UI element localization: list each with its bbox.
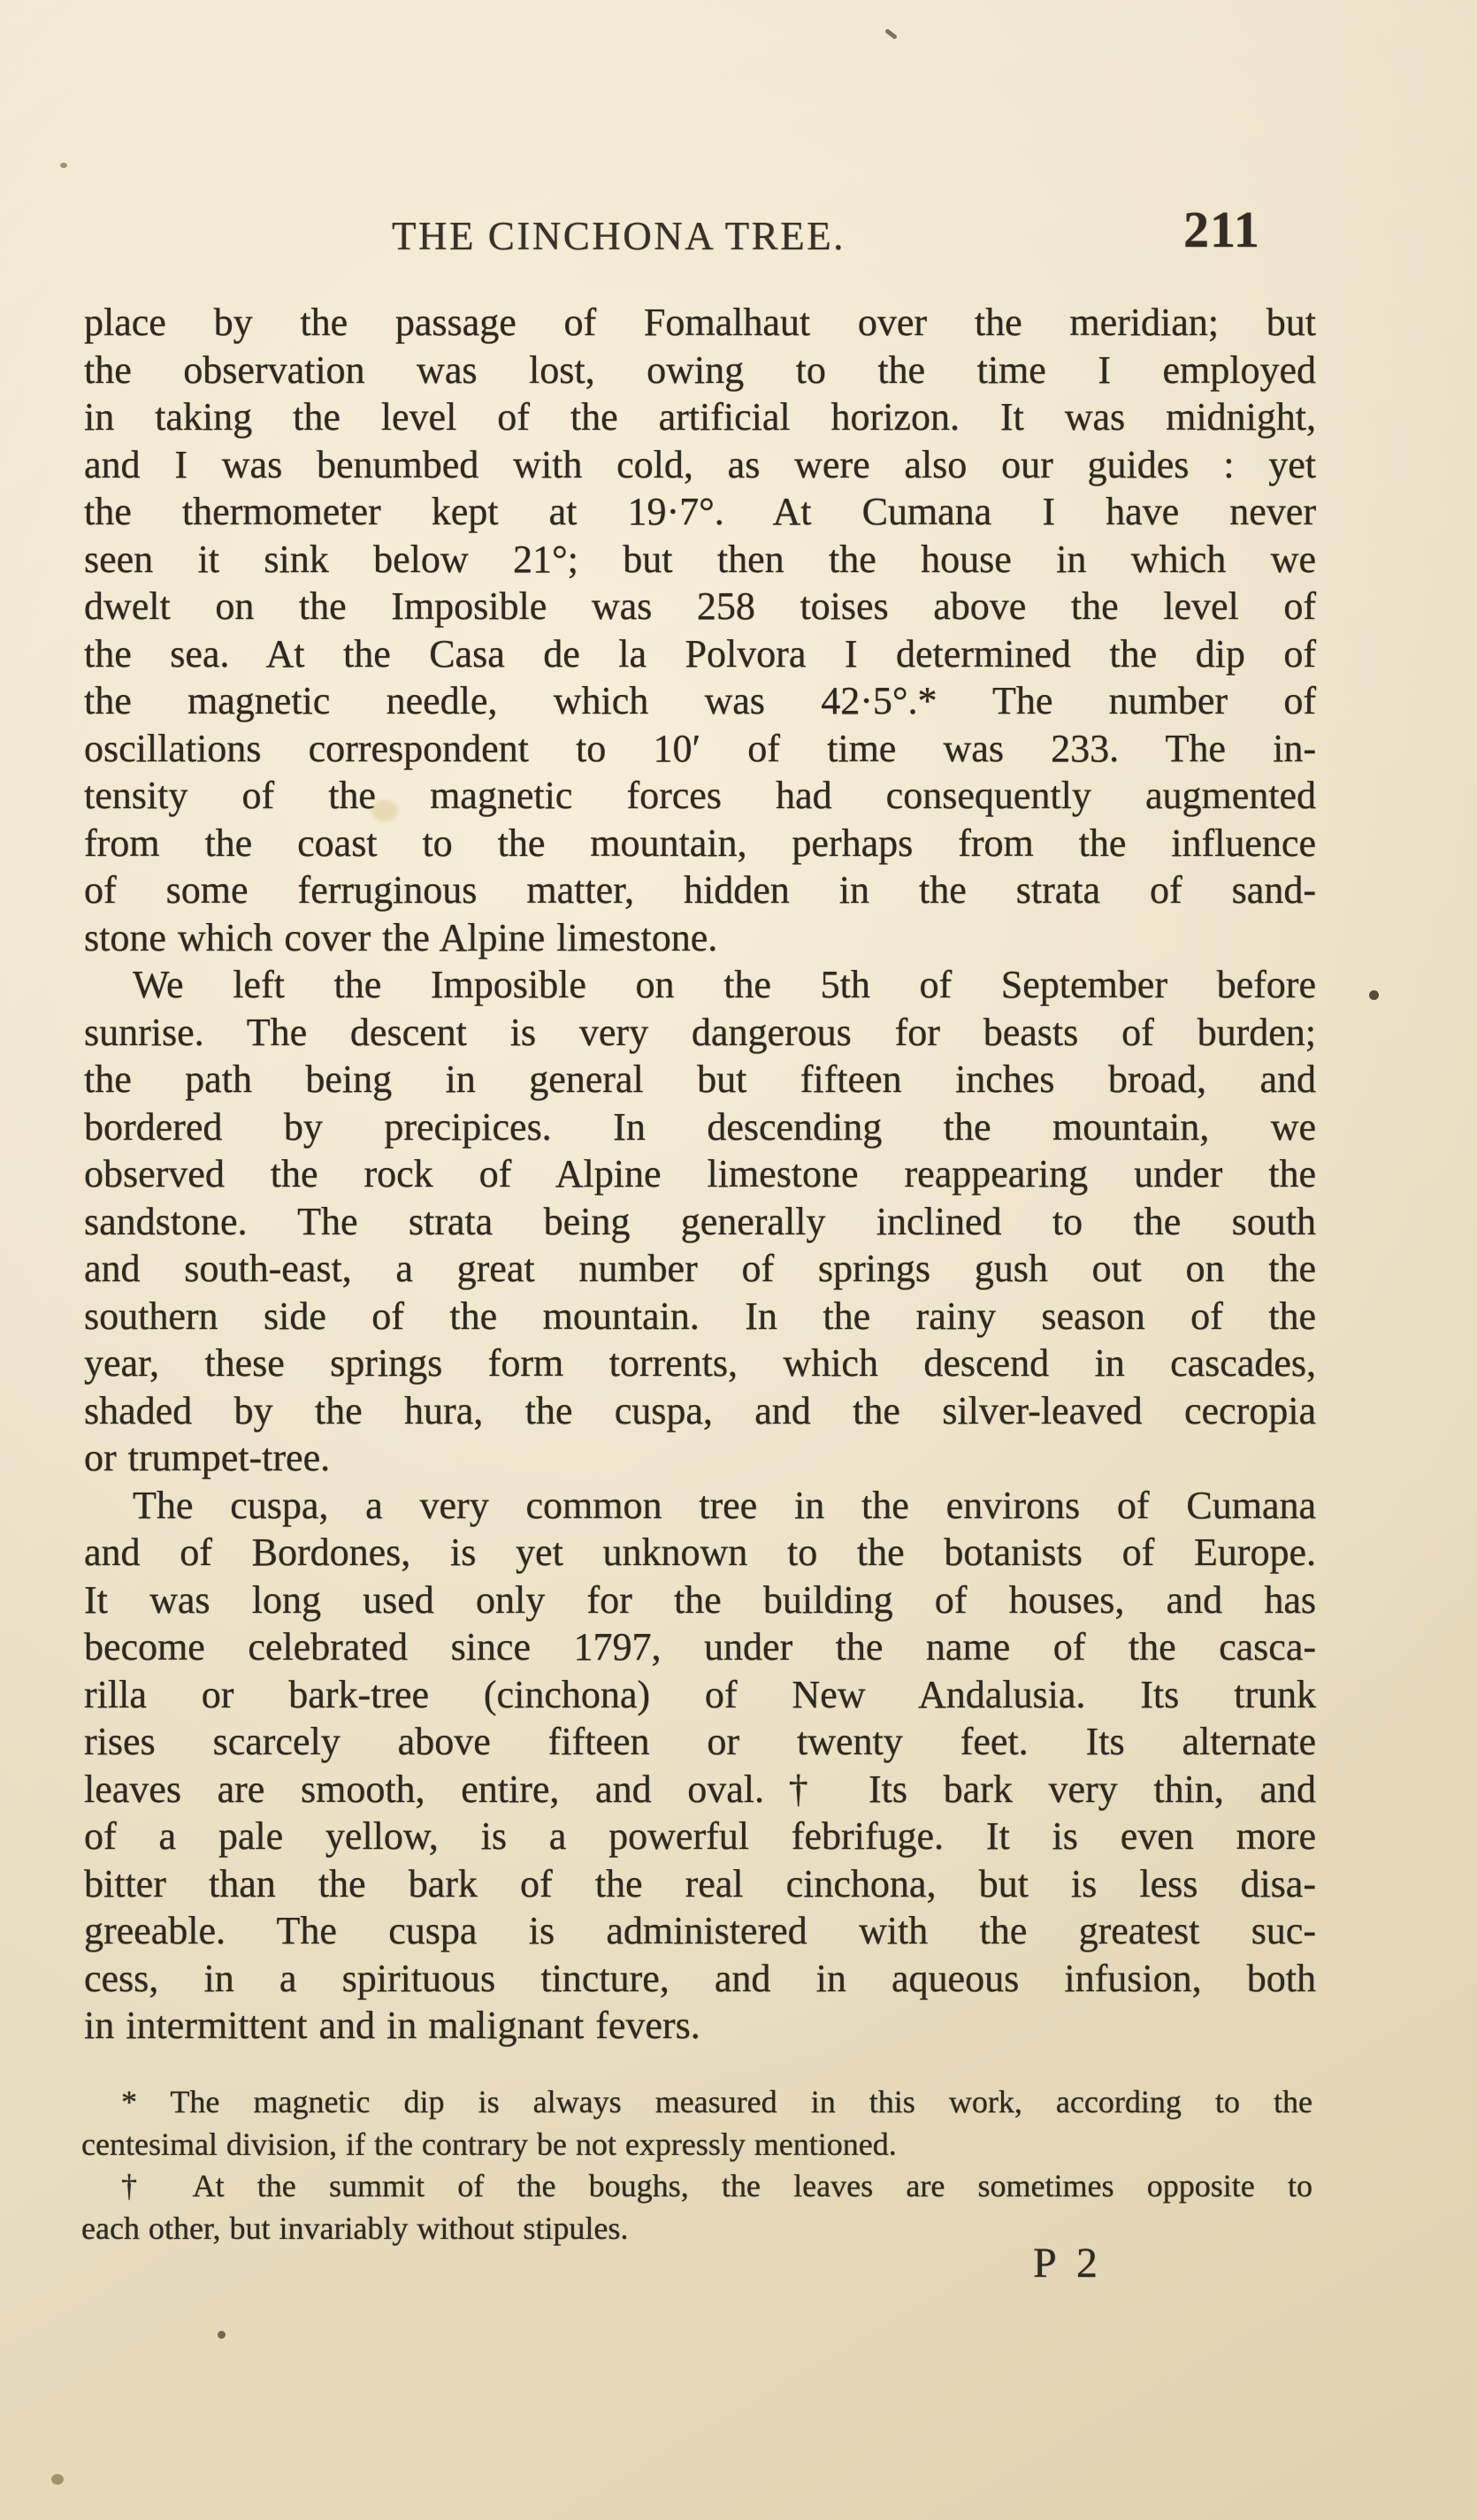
- body-line: sandstone. The strata being generally in…: [84, 1198, 1316, 1246]
- body-line: the magnetic needle, which was 42·5°.* T…: [84, 677, 1316, 725]
- body-line: southern side of the mountain. In the ra…: [84, 1293, 1316, 1340]
- body-line: become celebrated since 1797, under the …: [84, 1623, 1316, 1671]
- body-line: and south-east, a great number of spring…: [84, 1245, 1316, 1293]
- body-line: of a pale yellow, is a powerful febrifug…: [84, 1813, 1316, 1860]
- body-line: the path being in general but fifteen in…: [84, 1056, 1316, 1103]
- page-number: 211: [1183, 200, 1260, 259]
- body-line: in taking the level of the artificial ho…: [84, 393, 1316, 441]
- body-line: The cuspa, a very common tree in the env…: [84, 1482, 1316, 1530]
- body-line: rilla or bark-tree (cinchona) of New And…: [84, 1671, 1316, 1719]
- body-line: the thermometer kept at 19·7°. At Cumana…: [84, 488, 1316, 536]
- body-line: oscillations correspondent to 10′ of tim…: [84, 725, 1316, 773]
- body-line: the sea. At the Casa de la Polvora I det…: [84, 630, 1316, 678]
- body-line: observed the rock of Alpine limestone re…: [84, 1150, 1316, 1198]
- paper-speck: [218, 2331, 226, 2339]
- footnotes-block: * The magnetic dip is always measured in…: [81, 2081, 1312, 2249]
- body-line: of some ferruginous matter, hidden in th…: [84, 867, 1316, 914]
- body-line: We left the Imposible on the 5th of Sept…: [84, 961, 1316, 1009]
- paper-speck: [884, 28, 898, 40]
- body-line: in intermittent and in malignant fevers.: [84, 2002, 1316, 2050]
- body-line: tensity of the magnetic forces had conse…: [84, 772, 1316, 820]
- footnote-line: centesimal division, if the contrary be …: [81, 2124, 1312, 2166]
- paper-speck: [51, 2474, 64, 2485]
- body-line: greeable. The cuspa is administered with…: [84, 1907, 1316, 1955]
- body-line: and of Bordones, is yet unknown to the b…: [84, 1529, 1316, 1577]
- body-line: bordered by precipices. In descending th…: [84, 1103, 1316, 1151]
- body-line: year, these springs form torrents, which…: [84, 1340, 1316, 1387]
- body-line: It was long used only for the building o…: [84, 1577, 1316, 1624]
- body-line: leaves are smooth, entire, and oval.† It…: [84, 1766, 1316, 1814]
- footnote-line: * The magnetic dip is always measured in…: [81, 2081, 1312, 2124]
- body-line: shaded by the hura, the cuspa, and the s…: [84, 1387, 1316, 1435]
- body-line: and I was benumbed with cold, as were al…: [84, 441, 1316, 489]
- body-line: from the coast to the mountain, perhaps …: [84, 820, 1316, 867]
- body-line: seen it sink below 21°; but then the hou…: [84, 536, 1316, 584]
- running-header-title: THE CINCHONA TREE.: [392, 213, 846, 259]
- body-line: place by the passage of Fomalhaut over t…: [84, 299, 1316, 347]
- book-page: THE CINCHONA TREE. 211 place by the pass…: [0, 0, 1477, 2520]
- body-line: stone which cover the Alpine limestone.: [84, 914, 1316, 962]
- body-text-block: place by the passage of Fomalhaut over t…: [84, 299, 1316, 2050]
- signature-mark: P 2: [1033, 2239, 1103, 2287]
- footnote-line: each other, but invariably without stipu…: [81, 2208, 1312, 2250]
- body-line: cess, in a spirituous tincture, and in a…: [84, 1955, 1316, 2003]
- body-line: or trumpet-tree.: [84, 1434, 1316, 1482]
- body-line: bitter than the bark of the real cinchon…: [84, 1860, 1316, 1908]
- body-line: rises scarcely above fifteen or twenty f…: [84, 1718, 1316, 1766]
- paper-stain: [371, 800, 398, 821]
- body-line: the observation was lost, owing to the t…: [84, 347, 1316, 394]
- paper-speck: [1369, 990, 1379, 1000]
- paper-speck: [60, 163, 67, 168]
- body-line: dwelt on the Imposible was 258 toises ab…: [84, 583, 1316, 630]
- footnote-line: † At the summit of the boughs, the leave…: [81, 2165, 1312, 2208]
- body-line: sunrise. The descent is very dangerous f…: [84, 1009, 1316, 1057]
